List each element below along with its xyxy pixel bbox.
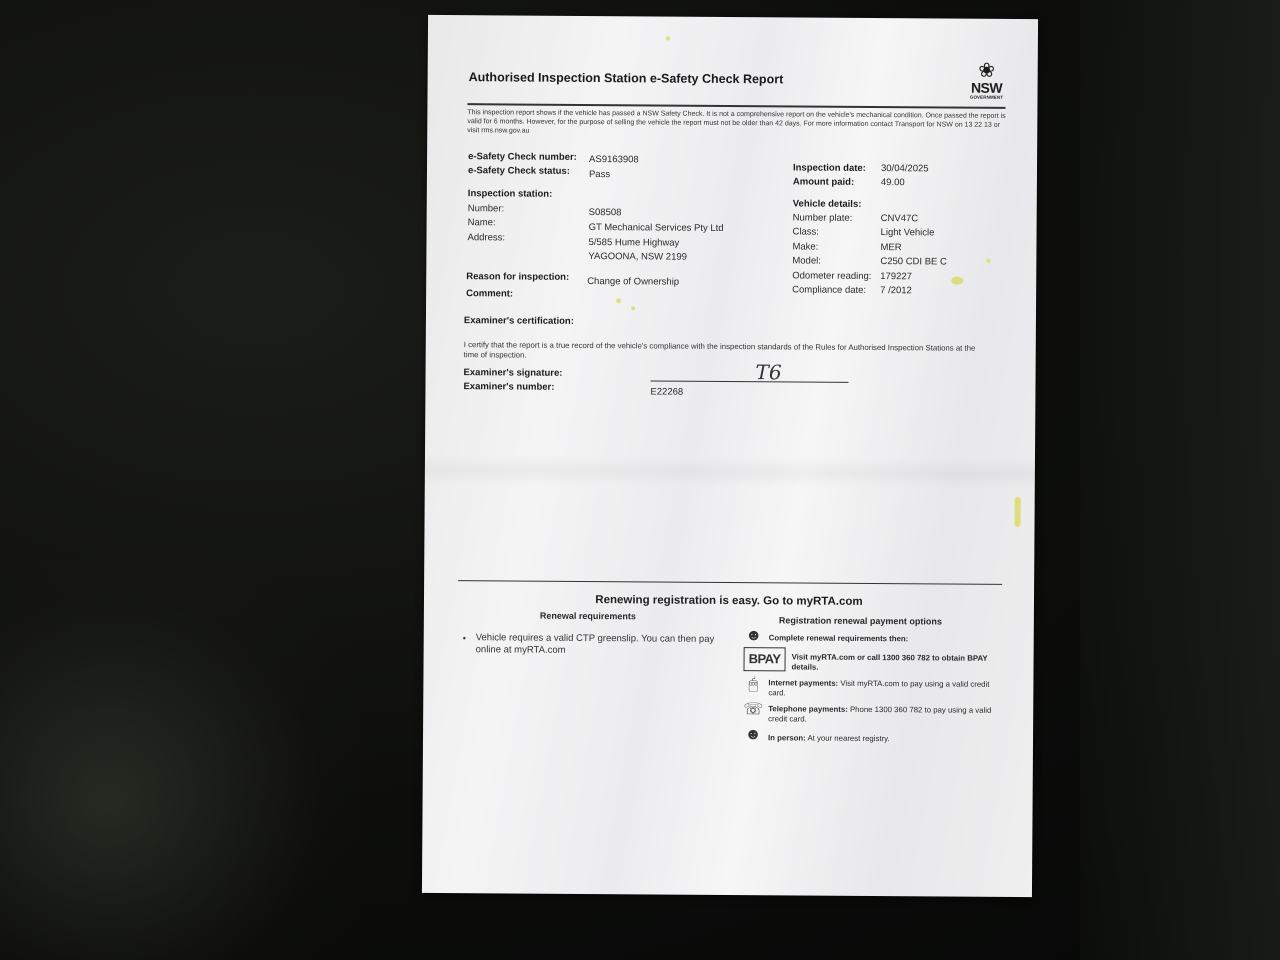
person-icon: ☻ bbox=[744, 626, 764, 646]
background-shade bbox=[1080, 0, 1280, 960]
payment-option-bold: Telephone payments: bbox=[768, 704, 848, 714]
class-value: Light Vehicle bbox=[881, 227, 935, 238]
station-address-line2: YAGOONA, NSW 2199 bbox=[588, 251, 687, 263]
signature-line bbox=[651, 380, 849, 382]
payment-option-text: At your nearest registry. bbox=[806, 734, 890, 744]
paper-crease bbox=[425, 455, 1035, 489]
amount-paid-label: Amount paid: bbox=[793, 176, 854, 187]
payment-option-bold: Complete renewal requirements then: bbox=[769, 633, 909, 643]
model-value: C250 CDI BE C bbox=[880, 256, 947, 267]
station-name-label: Name: bbox=[468, 217, 496, 228]
payment-option-complete: Complete renewal requirements then: bbox=[769, 633, 1029, 645]
station-heading: Inspection station: bbox=[468, 188, 553, 200]
requirements-heading: Renewal requirements bbox=[540, 611, 636, 622]
check-number-label: e-Safety Check number: bbox=[468, 151, 577, 163]
odometer-value: 179227 bbox=[880, 271, 912, 282]
signature-label: Examiner's signature: bbox=[464, 367, 563, 379]
check-status-label: e-Safety Check status: bbox=[468, 165, 570, 177]
station-name: GT Mechanical Services Pty Ltd bbox=[589, 222, 724, 234]
station-number: S08508 bbox=[589, 207, 622, 218]
logo-name: NSW bbox=[966, 81, 1008, 95]
report-title: Authorised Inspection Station e-Safety C… bbox=[469, 70, 784, 86]
station-address-label: Address: bbox=[467, 232, 505, 243]
inspection-date-label: Inspection date: bbox=[793, 162, 866, 174]
station-number-label: Number: bbox=[468, 203, 505, 214]
inspection-date: 30/04/2025 bbox=[881, 163, 929, 174]
bpay-logo: BPAY bbox=[743, 647, 785, 671]
class-label: Class: bbox=[793, 226, 819, 237]
footer-title: Renewing registration is easy. Go to myR… bbox=[424, 593, 1034, 609]
person-icon: ☻ bbox=[743, 725, 763, 745]
payment-option-in-person: In person: At your nearest registry. bbox=[768, 733, 998, 745]
check-number: AS9163908 bbox=[589, 154, 639, 165]
payment-option-internet: Internet payments: Visit myRTA.com to pa… bbox=[768, 678, 998, 700]
station-address-line1: 5/585 Hume Highway bbox=[588, 237, 679, 249]
reason-label: Reason for inspection: bbox=[466, 271, 569, 283]
certification-heading: Examiner's certification: bbox=[464, 315, 574, 327]
payment-heading: Registration renewal payment options bbox=[779, 615, 942, 626]
stain bbox=[1015, 497, 1021, 527]
vehicle-heading: Vehicle details: bbox=[793, 198, 862, 209]
payment-option-bold: Visit myRTA.com or call 1300 360 782 to … bbox=[791, 652, 987, 671]
stain bbox=[951, 277, 963, 285]
stain bbox=[616, 298, 621, 303]
examiner-signature: T6 bbox=[756, 360, 782, 384]
examiner-number: E22268 bbox=[650, 386, 683, 397]
requirement-item: Vehicle requires a valid CTP greenslip. … bbox=[476, 632, 731, 658]
inspection-report-paper: Authorised Inspection Station e-Safety C… bbox=[422, 15, 1038, 897]
compliance-label: Compliance date: bbox=[792, 284, 866, 296]
stain bbox=[666, 37, 670, 41]
background-glare bbox=[0, 560, 360, 960]
comment-label: Comment: bbox=[466, 288, 513, 299]
reason-value: Change of Ownership bbox=[587, 276, 679, 288]
compliance-value: 7 /2012 bbox=[880, 285, 912, 296]
header-divider bbox=[467, 103, 1005, 108]
payment-option-bold: Internet payments: bbox=[768, 678, 838, 687]
plate-value: CNV47C bbox=[881, 213, 919, 224]
intro-text: This inspection report shows if the vehi… bbox=[467, 108, 1007, 139]
examiner-number-label: Examiner's number: bbox=[463, 381, 554, 393]
stain bbox=[631, 306, 635, 310]
telephone-icon: ☏ bbox=[743, 700, 763, 720]
nsw-government-logo: ❀ NSW GOVERNMENT bbox=[965, 61, 1007, 100]
stain bbox=[986, 259, 990, 263]
footer-divider bbox=[458, 580, 1002, 585]
odometer-label: Odometer reading: bbox=[792, 270, 871, 282]
payment-option-bpay: Visit myRTA.com or call 1300 360 782 to … bbox=[791, 652, 1001, 673]
mouse-icon: 🖱 bbox=[743, 675, 763, 695]
check-status: Pass bbox=[589, 169, 610, 180]
model-label: Model: bbox=[792, 255, 821, 266]
plate-label: Number plate: bbox=[793, 212, 853, 223]
logo-subtitle: GOVERNMENT bbox=[965, 95, 1007, 100]
make-label: Make: bbox=[792, 241, 818, 252]
make-value: MER bbox=[880, 242, 901, 253]
waratah-icon: ❀ bbox=[966, 61, 1008, 81]
amount-paid: 49.00 bbox=[881, 177, 905, 188]
certification-text: I certify that the report is a true reco… bbox=[464, 340, 984, 364]
payment-option-telephone: Telephone payments: Phone 1300 360 782 t… bbox=[768, 704, 998, 726]
payment-option-bold: In person: bbox=[768, 733, 806, 742]
